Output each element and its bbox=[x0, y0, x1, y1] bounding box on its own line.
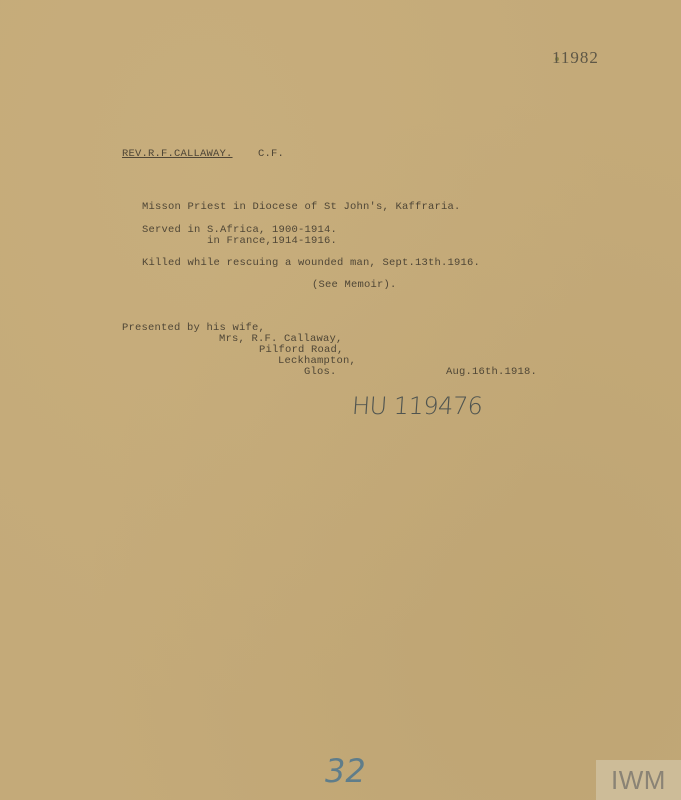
heading-rank: C.F. bbox=[258, 148, 284, 160]
handwritten-page-number: 32 bbox=[325, 752, 366, 790]
served-line-2: in France,1914-1916. bbox=[207, 235, 337, 247]
killed-line: Killed while rescuing a wounded man, Sep… bbox=[142, 257, 480, 269]
mission-line: Misson Priest in Diocese of St John's, K… bbox=[142, 201, 461, 213]
catalogue-number: 11982 bbox=[552, 48, 599, 68]
memoir-line: (See Memoir). bbox=[312, 279, 397, 291]
document-page: 11982 REV.R.F.CALLAWAY. C.F. Misson Prie… bbox=[0, 0, 681, 800]
address-line-4: Glos. bbox=[304, 366, 337, 378]
heading-name: REV.R.F.CALLAWAY. bbox=[122, 148, 233, 160]
handwritten-reference: HU 119476 bbox=[351, 392, 483, 420]
document-date: Aug.16th.1918. bbox=[446, 366, 537, 378]
iwm-watermark: IWM bbox=[596, 760, 681, 800]
